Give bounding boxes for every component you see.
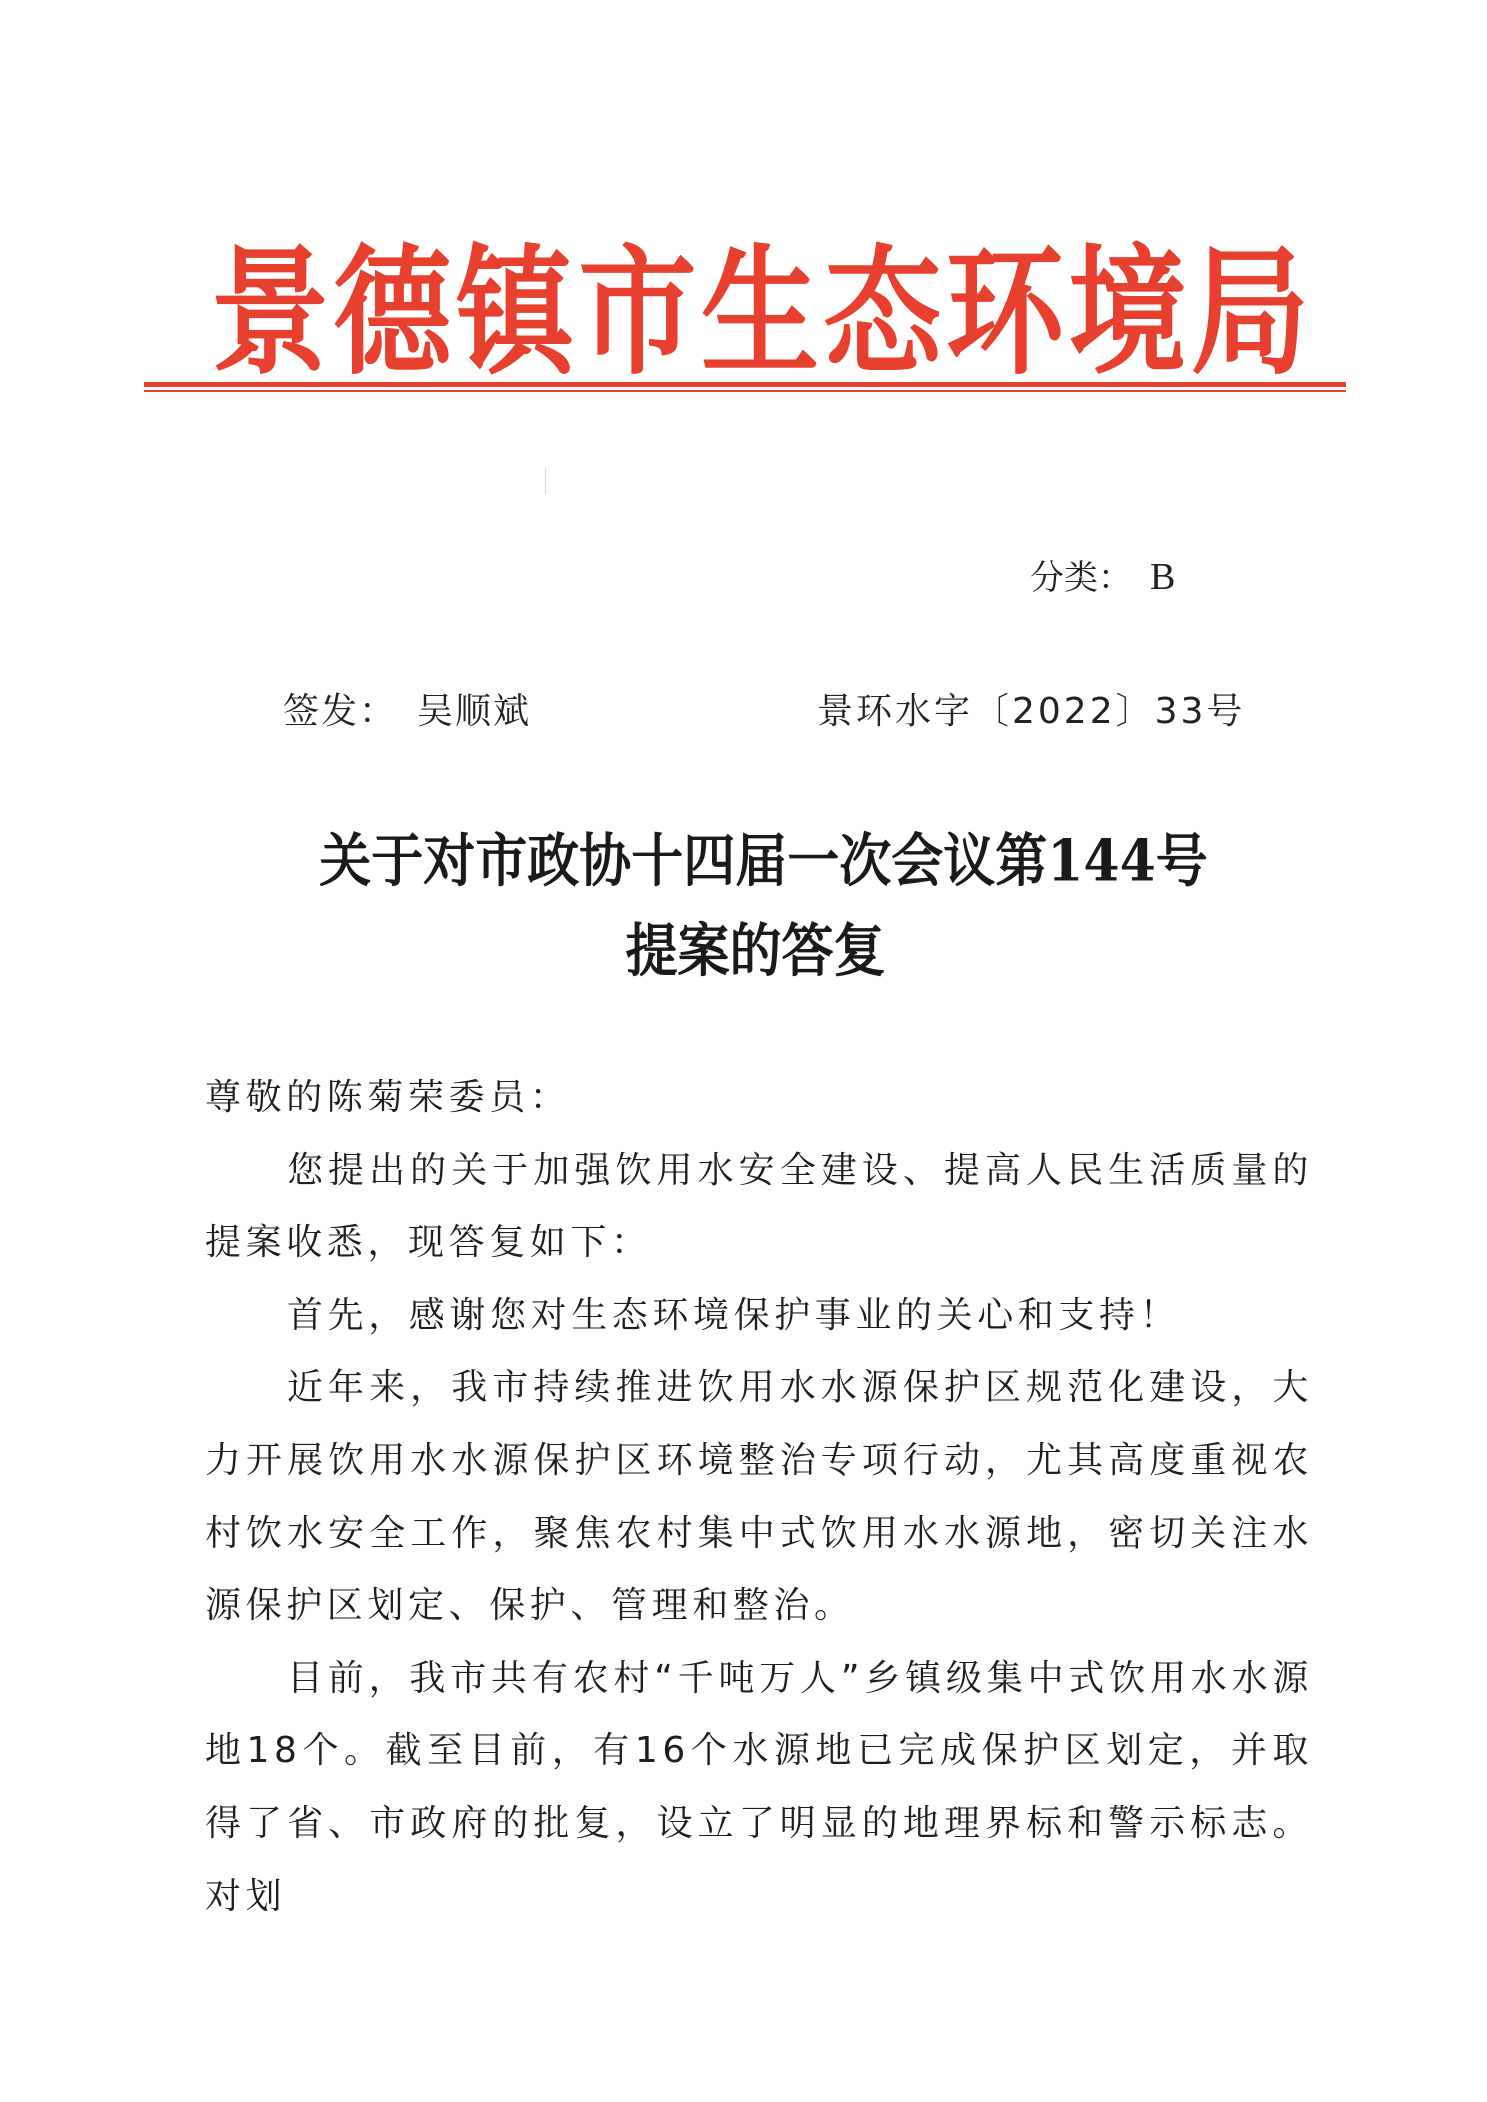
paragraph: 目前，我市共有农村“千吨万人”乡镇级集中式饮用水水源地18个。截至目前，有16个… bbox=[205, 1643, 1313, 1933]
letterhead-red-rule-thick bbox=[144, 382, 1346, 387]
scan-artifact bbox=[545, 468, 546, 494]
letterhead-char: 境 bbox=[1068, 243, 1188, 382]
letterhead-char: 生 bbox=[700, 243, 820, 382]
letterhead-char: 德 bbox=[333, 243, 453, 382]
letterhead-char: 市 bbox=[578, 243, 698, 382]
document-page: 景德镇市生态环境局 分类：B 签发：吴顺斌 景环水字〔2022〕33号 关于对市… bbox=[0, 0, 1487, 2102]
document-title-line1: 关于对市政协十四届一次会议第144号 bbox=[20, 814, 1487, 897]
classification-value: B bbox=[1150, 556, 1175, 598]
salutation: 尊敬的陈菊荣委员： bbox=[205, 1062, 1313, 1135]
letterhead-char: 镇 bbox=[455, 243, 575, 382]
classification-label: 分类： bbox=[1030, 558, 1132, 598]
letterhead-char: 态 bbox=[823, 243, 943, 382]
signer-name: 吴顺斌 bbox=[417, 691, 531, 732]
letterhead-red-rule-thin bbox=[144, 390, 1346, 392]
letterhead-char: 景 bbox=[210, 243, 330, 382]
document-title-line2: 提案的答复 bbox=[12, 904, 1487, 987]
signer-label: 签发： bbox=[283, 691, 397, 732]
paragraph: 首先，感谢您对生态环境保护事业的关心和支持！ bbox=[205, 1280, 1313, 1353]
paragraph: 近年来，我市持续推进饮用水水源保护区规范化建设，大力开展饮用水水源保护区环境整治… bbox=[205, 1352, 1313, 1642]
paragraph: 您提出的关于加强饮用水安全建设、提高人民生活质量的提案收悉，现答复如下： bbox=[205, 1135, 1313, 1280]
document-number: 景环水字〔2022〕33号 bbox=[817, 683, 1245, 734]
signer: 签发：吴顺斌 bbox=[283, 683, 531, 734]
letter-body: 尊敬的陈菊荣委员： 您提出的关于加强饮用水安全建设、提高人民生活质量的提案收悉，… bbox=[205, 1062, 1313, 1933]
classification: 分类：B bbox=[1030, 550, 1175, 599]
letterhead-char: 环 bbox=[945, 243, 1065, 382]
letterhead-char: 局 bbox=[1190, 243, 1310, 382]
